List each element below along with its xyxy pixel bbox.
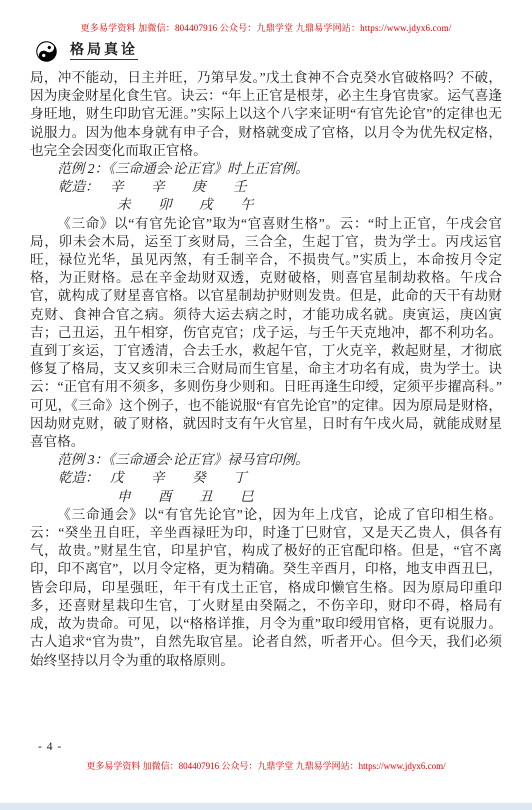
branch: 申 bbox=[117, 488, 158, 506]
branch: 酉 bbox=[158, 488, 199, 506]
branch-spacer bbox=[58, 196, 117, 214]
example3-heading: 范例 3：《三命通会·论正官》禄马官印例。 bbox=[30, 451, 502, 469]
title-row: 格局真诠 bbox=[36, 41, 138, 62]
taiji-yinyang-icon bbox=[32, 37, 61, 66]
branch: 巳 bbox=[240, 488, 281, 506]
example3-stems-row: 乾造： 戊 辛 癸 丁 bbox=[58, 469, 502, 487]
footer-promo-text: 更多易学资料 加微信：804407916 公众号：九鼎学堂 九鼎易学网站：htt… bbox=[0, 759, 532, 772]
bottom-edge-strip bbox=[0, 803, 532, 810]
stem: 辛 bbox=[151, 178, 192, 196]
stem: 戊 bbox=[110, 469, 151, 487]
branch: 未 bbox=[117, 196, 158, 214]
document-title: 格局真诠 bbox=[70, 43, 138, 60]
branch: 丑 bbox=[199, 488, 240, 506]
document-page: 更多易学资料 加微信：804407916 公众号：九鼎学堂 九鼎易学网站：htt… bbox=[0, 0, 532, 810]
paragraph-example2-analysis: 《三命》以“有官先论官”取为“官喜财生格”。云：“时上正官，午戌会官局，卯未会木… bbox=[30, 215, 502, 452]
branch-spacer bbox=[58, 488, 117, 506]
paragraph-example3-analysis: 《三命通会》以“有官先论官”论，因为年上戊官，论成了官印相生格。云：“癸坐丑自旺… bbox=[30, 506, 502, 670]
stem: 辛 bbox=[151, 469, 192, 487]
branch: 卯 bbox=[158, 196, 199, 214]
branch: 戌 bbox=[199, 196, 240, 214]
example2-stems-row: 乾造： 辛 辛 庚 壬 bbox=[58, 178, 502, 196]
branch: 午 bbox=[240, 196, 281, 214]
example3-bazi-chart: 乾造： 戊 辛 癸 丁 申 酉 丑 巳 bbox=[30, 469, 502, 505]
stem: 癸 bbox=[192, 469, 233, 487]
paragraph-continuation: 局，冲不能动，日主并旺，乃第早发。”戊土食神不合克癸水官破格吗？不破，因为庚金财… bbox=[30, 69, 502, 160]
document-body: 局，冲不能动，日主并旺，乃第早发。”戊土食神不合克癸水官破格吗？不破，因为庚金财… bbox=[30, 69, 502, 670]
chart-label: 乾造： bbox=[58, 178, 110, 196]
example2-bazi-chart: 乾造： 辛 辛 庚 壬 未 卯 戌 午 bbox=[30, 178, 502, 214]
stem: 庚 bbox=[192, 178, 233, 196]
chart-label: 乾造： bbox=[58, 469, 110, 487]
stem: 辛 bbox=[110, 178, 151, 196]
example2-heading: 范例 2：《三命通会·论正官》时上正官例。 bbox=[30, 160, 502, 178]
header-promo-text: 更多易学资料 加微信：804407916 公众号：九鼎学堂 九鼎易学网站：htt… bbox=[0, 21, 532, 34]
page-number: - 4 - bbox=[38, 741, 62, 753]
example2-branches-row: 未 卯 戌 午 bbox=[58, 196, 502, 214]
stem: 丁 bbox=[233, 469, 274, 487]
example3-branches-row: 申 酉 丑 巳 bbox=[58, 488, 502, 506]
stem: 壬 bbox=[233, 178, 274, 196]
